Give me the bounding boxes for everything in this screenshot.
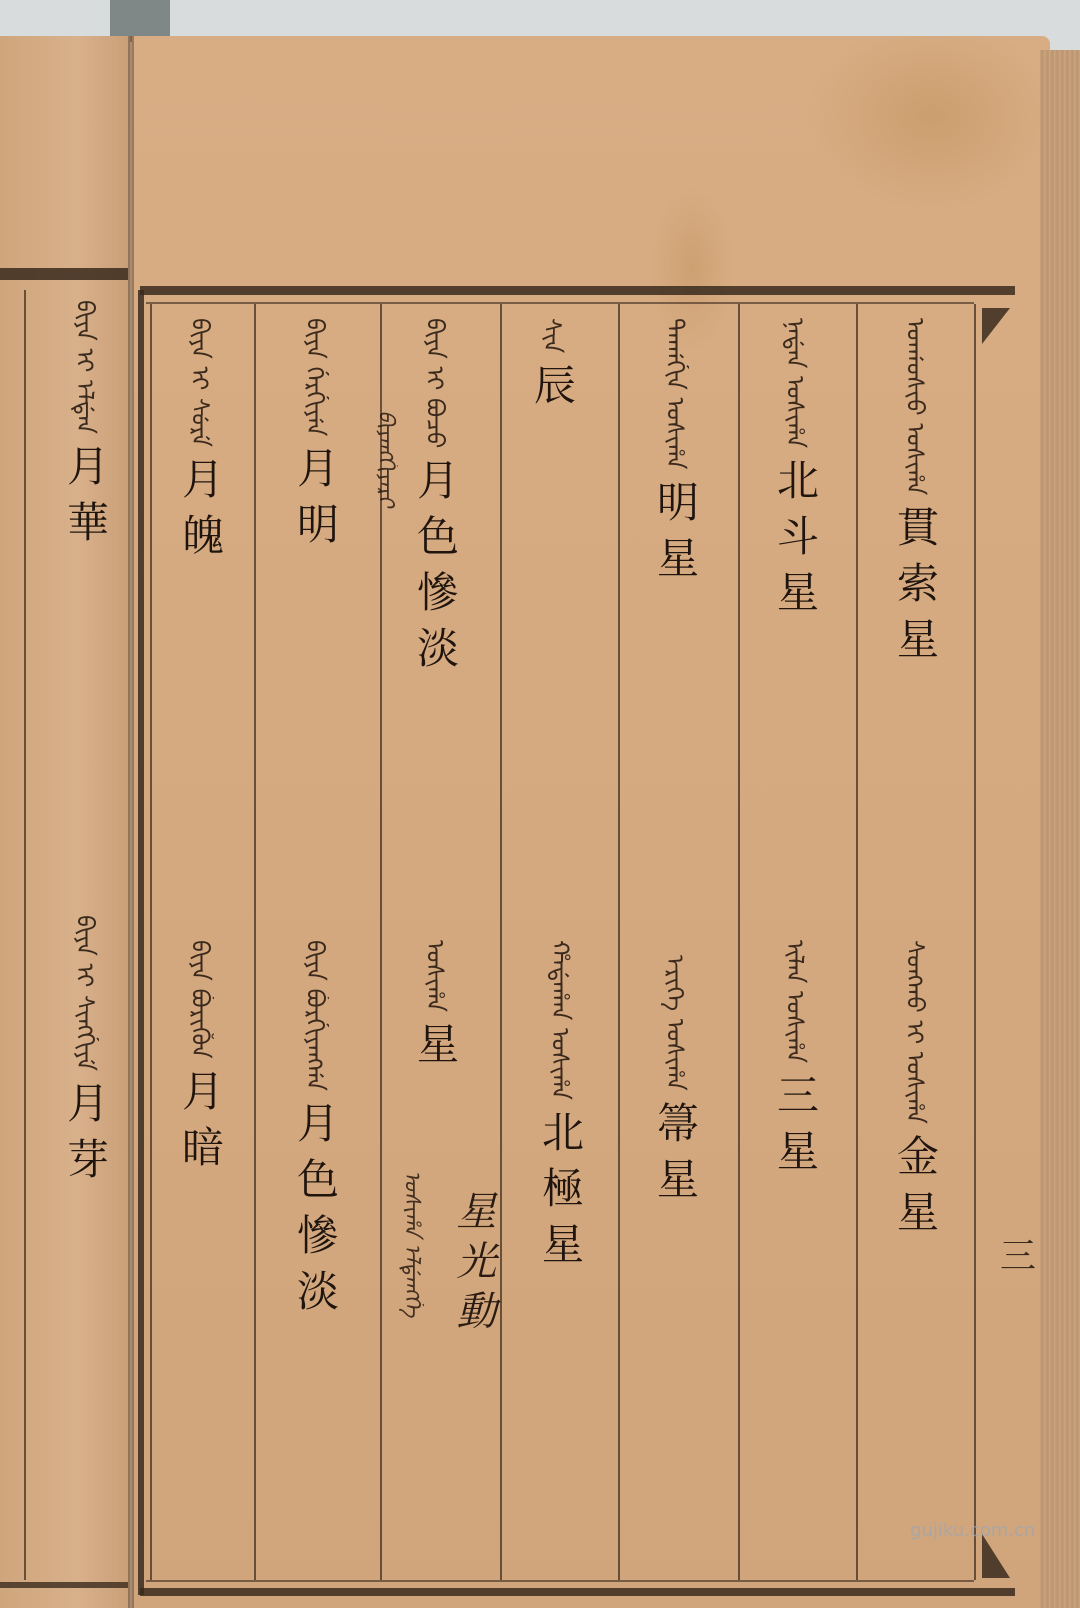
- manchu-text: ᠪᡳᠶᠠ ᡤᡝᡵᡤᡳᠶᡝᠨ: [303, 318, 327, 436]
- page-fore-edge: [1040, 50, 1080, 1608]
- chinese-gloss: 辰: [531, 363, 573, 419]
- manchu-text: ᠨᠠᡩᠠᠨ ᠤᠰᡳᡥᠠ: [783, 318, 807, 448]
- left-page-bottom-border: [0, 1582, 128, 1588]
- right-page: [132, 36, 1050, 1608]
- page-number: 三: [1000, 1228, 1036, 1279]
- left-page-entry-upper: ᠪᡳᠶᠠ ᡳ ᡝᠯᡩᡝᠨ 月華: [55, 300, 115, 556]
- manchu-text: ᠪᡳᠶᠠ ᡳ ᠪᠣᠴᠣ: [423, 318, 447, 448]
- chinese-gloss: 月華: [64, 444, 106, 556]
- chinese-gloss: 箒星: [654, 1101, 696, 1213]
- manchu-text: ᠤᠰᡳᡥᠠ: [423, 940, 447, 1012]
- manchu-text: ᡥᠠᡩᠠᡥᠠᠨ ᠤᠰᡳᡥᠠ: [548, 940, 572, 1100]
- entry-lower-4: ᡥᠠᡩᠠᡥᠠᠨ ᠤᠰᡳᡥᠠ 北極星: [530, 940, 590, 1278]
- manchu-text: ᠰᡳᠨ: [540, 318, 564, 353]
- manchu-text: ᡝᡵᡳᡴᡝ ᠤᠰᡳᡥᠠ: [663, 955, 687, 1091]
- manchu-text: ᠰᠣᠩᡴᠣ ᡳ ᠤᠰᡳᡥᠠ: [903, 940, 927, 1124]
- manchu-text: ᡨᠠᠨᡤᡤᡳᠨ ᠤᠰᡳᡥᠠ: [663, 318, 687, 470]
- column-rule: [500, 304, 502, 1580]
- entry-upper-6: ᠪᡳᠶᠠ ᡤᡝᡵᡤᡳᠶᡝᠨ 月明: [285, 318, 345, 558]
- column-rule: [856, 304, 858, 1580]
- chinese-gloss: 北斗星: [774, 458, 816, 626]
- entry-lower-5: ᠤᠰᡳᡥᠠ 星: [405, 940, 465, 1078]
- manchu-text: ᠪᡳᠶᠠ ᡳ ᡝᠯᡩᡝᠨ: [73, 300, 97, 434]
- manchu-text: ᠪᡳᠶᠠ ᠪᡠᡵᡳᡥᡠᠨ: [188, 940, 212, 1059]
- fish-tail-mark-top: [982, 308, 1010, 344]
- entry-lower-2: ᡳᠯᠠᠨ ᠤᠰᡳᡥᠠ 三星: [765, 940, 825, 1185]
- manchu-text: ᡳᠯᠠᠨ ᠤᠰᡳᡥᠠ: [783, 940, 807, 1063]
- chinese-gloss: 三星: [774, 1073, 816, 1185]
- frame-top-border: [140, 286, 1015, 295]
- column-rule: [974, 304, 976, 1580]
- entry-upper-3: ᡨᠠᠨᡤᡤᡳᠨ ᠤᠰᡳᡥᠠ 明星: [645, 318, 705, 592]
- entry-upper-4: ᠰᡳᠨ 辰: [522, 318, 582, 419]
- entry-upper-1: ᠣᠨᡤᠣᠰᡳᠣ ᠤᠰᡳᡥᠠ 貫索星: [885, 318, 945, 673]
- chinese-gloss: 月明: [294, 446, 336, 558]
- chinese-gloss: 月色慘淡: [414, 458, 456, 682]
- frame-left-border: [138, 290, 144, 1595]
- manchu-text: ᠪᡳᠶᠠ ᠪᡠᡵᡤᡳᠶᠠᠩᡤᠠ: [303, 940, 327, 1091]
- chinese-gloss: 月芽: [64, 1081, 106, 1193]
- chinese-gloss: 月暗: [179, 1069, 221, 1181]
- chinese-gloss: 明星: [654, 480, 696, 592]
- watermark: gujiku.com.cn: [910, 1520, 1035, 1541]
- chinese-gloss: 月色慘淡: [294, 1101, 336, 1325]
- entry-lower-7: ᠪᡳᠶᠠ ᠪᡠᡵᡳᡥᡠᠨ 月暗: [170, 940, 230, 1181]
- handwritten-annotation-lower: 星光動: [445, 1190, 502, 1344]
- handwritten-chinese: 星光動: [445, 1190, 502, 1340]
- handwritten-manchu: ᠪᡳᠶᠠᠩᡤᡳᠶᠠᡵᡳ: [366, 410, 404, 507]
- left-page-top-border: [0, 268, 128, 280]
- chinese-gloss: 月魄: [179, 457, 221, 569]
- column-rule: [738, 304, 740, 1580]
- inner-top-rule: [146, 302, 974, 304]
- manchu-text: ᠪᡳᠶᠠ ᡳ ᠰᡳᠩᡤᡳᠶᡝ: [73, 915, 97, 1071]
- entry-lower-6: ᠪᡳᠶᠠ ᠪᡠᡵᡤᡳᠶᠠᠩᡤᠠ 月色慘淡: [285, 940, 345, 1325]
- handwritten-manchu: ᠤᠰᡳᡥᠠ ᡝᠯᡩᡝᠩᡤᡝ: [392, 1170, 430, 1317]
- handwritten-annotation-upper: ᠪᡳᠶᠠᠩᡤᡳᠶᠠᡵᡳ: [366, 410, 404, 511]
- inner-bottom-rule: [146, 1580, 974, 1582]
- chinese-gloss: 北極星: [539, 1110, 581, 1278]
- entry-upper-7: ᠪᡳᠶᠠ ᡳ ᠰᡠᡵᡝ 月魄: [170, 318, 230, 569]
- left-page-column-rule: [24, 290, 26, 1580]
- column-rule: [254, 304, 256, 1580]
- column-rule: [618, 304, 620, 1580]
- left-page-entry-lower: ᠪᡳᠶᠠ ᡳ ᠰᡳᠩᡤᡳᠶᡝ 月芽: [55, 915, 115, 1193]
- entry-lower-1: ᠰᠣᠩᡴᠣ ᡳ ᠤᠰᡳᡥᠠ 金星: [885, 940, 945, 1246]
- chinese-gloss: 金星: [894, 1134, 936, 1246]
- chinese-gloss: 貫索星: [894, 505, 936, 673]
- entry-upper-5: ᠪᡳᠶᠠ ᡳ ᠪᠣᠴᠣ 月色慘淡: [405, 318, 465, 682]
- chinese-gloss: 星: [414, 1022, 456, 1078]
- entry-upper-2: ᠨᠠᡩᠠᠨ ᠤᠰᡳᡥᠠ 北斗星: [765, 318, 825, 626]
- book-gutter: [128, 36, 134, 1608]
- manchu-text: ᠣᠨᡤᠣᠰᡳᠣ ᠤᠰᡳᡥᠠ: [903, 318, 927, 495]
- frame-bottom-border: [140, 1588, 1015, 1596]
- handwritten-manchu-annotation-lower: ᠤᠰᡳᡥᠠ ᡝᠯᡩᡝᠩᡤᡝ: [392, 1170, 430, 1321]
- entry-lower-3: ᡝᡵᡳᡴᡝ ᠤᠰᡳᡥᠠ 箒星: [645, 955, 705, 1213]
- column-rule: [150, 304, 152, 1580]
- manchu-text: ᠪᡳᠶᠠ ᡳ ᠰᡠᡵᡝ: [188, 318, 212, 447]
